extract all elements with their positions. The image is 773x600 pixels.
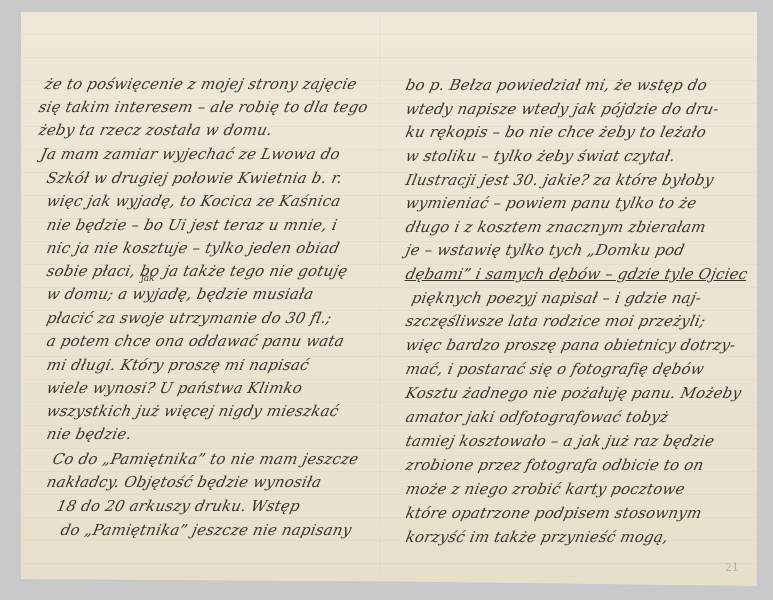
left-line-10: w domu; a wyjadę, będzie musiała — [45, 285, 315, 303]
right-line-7: długo i z kosztem znacznym zbierałam — [404, 218, 708, 236]
left-line-2: się takim interesem – ale robię to dla t… — [37, 98, 370, 116]
letter-paper: że to poświęcenie z mojej strony zajęcie… — [21, 12, 757, 586]
right-line-6: wymieniać – powiem panu tylko to że — [404, 194, 698, 212]
left-line-13: mi długi. Który proszę mi napisać — [45, 356, 311, 374]
right-line-11: szczęśliwsze lata rodzice moi przeżyli; — [404, 312, 707, 330]
left-line-7: nie będzie – bo Ui jest teraz u mnie, i — [45, 216, 339, 234]
right-line-20: korzyść im także przynieść mogą, — [404, 528, 670, 546]
left-line-14: wiele wynosi? U państwa Klimko — [45, 379, 304, 397]
left-line-16: nie będzie. — [45, 425, 134, 443]
right-line-12: więc bardzo proszę pana obietnicy dotrzy… — [404, 336, 737, 354]
right-line-5: Ilustracji jest 30. jakie? za które było… — [404, 171, 716, 189]
left-line-4: Ja mam zamiar wyjechać ze Lwowa do — [39, 145, 342, 163]
left-line-9: sobie płaci, bo ja także tego nie gotuję — [45, 262, 349, 280]
left-line-3: żeby ta rzecz została w domu. — [37, 121, 274, 139]
right-line-2: wtedy napisze wtedy jak pójdzie do dru- — [404, 100, 721, 118]
right-line-4: w stoliku – tylko żeby świat czytał. — [404, 147, 677, 165]
left-line-15: wszystkich już więcej nigdy mieszkać — [45, 402, 340, 420]
right-line-18: może z niego zrobić karty pocztowe — [404, 480, 687, 498]
left-line-8: nic ja nie kosztuje – tylko jeden obiad — [45, 239, 341, 257]
folio-number: 21 — [725, 561, 739, 574]
right-line-14: Kosztu żadnego nie pożałuję panu. Możeby — [404, 384, 743, 402]
right-line-1: bo p. Bełza powiedział mi, że wstęp do — [404, 76, 709, 94]
left-line-5: Szkół w drugiej połowie Kwietnia b. r. — [45, 169, 344, 187]
right-line-15: amator jaki odfotografować tobyż — [404, 408, 670, 426]
interlinear-insertion: jak — [141, 274, 155, 284]
right-line-16: tamiej kosztowało – a jak już raz będzie — [404, 432, 716, 450]
left-line-20: do „Pamiętnika” jeszcze nie napisany — [59, 521, 353, 539]
right-line-9: dębami” i samych dębów – gdzie tyle Ojci… — [404, 265, 749, 283]
right-line-17: zrobione przez fotografa odbicie to on — [404, 456, 706, 474]
left-page: że to poświęcenie z mojej strony zajęcie… — [21, 12, 378, 586]
right-line-13: mać, i postarać się o fotografię dębów — [404, 360, 706, 378]
left-line-11: płacić za swoje utrzymanie do 30 fl.; — [45, 309, 333, 327]
left-line-17: Co do „Pamiętnika” to nie mam jeszcze — [51, 450, 360, 468]
left-line-19: 18 do 20 arkuszy druku. Wstęp — [55, 497, 302, 515]
left-line-18: nakładcy. Objętość będzie wynosiła — [45, 473, 323, 491]
left-line-12: a potem chce ona oddawać panu wata — [45, 332, 346, 350]
right-page: bo p. Bełza powiedział mi, że wstęp do w… — [380, 12, 757, 586]
right-line-10: pięknych poezyj napisał – i gdzie naj- — [410, 289, 703, 307]
right-line-3: ku rękopis – bo nie chce żeby to leżało — [404, 123, 708, 141]
right-line-19: które opatrzone podpisem stosownym — [404, 504, 703, 522]
left-line-6: więc jak wyjadę, to Kocica ze Kaśnica — [45, 192, 342, 210]
right-line-8: je – wstawię tylko tych „Domku pod — [404, 241, 686, 259]
left-line-1: że to poświęcenie z mojej strony zajęcie — [43, 75, 359, 93]
